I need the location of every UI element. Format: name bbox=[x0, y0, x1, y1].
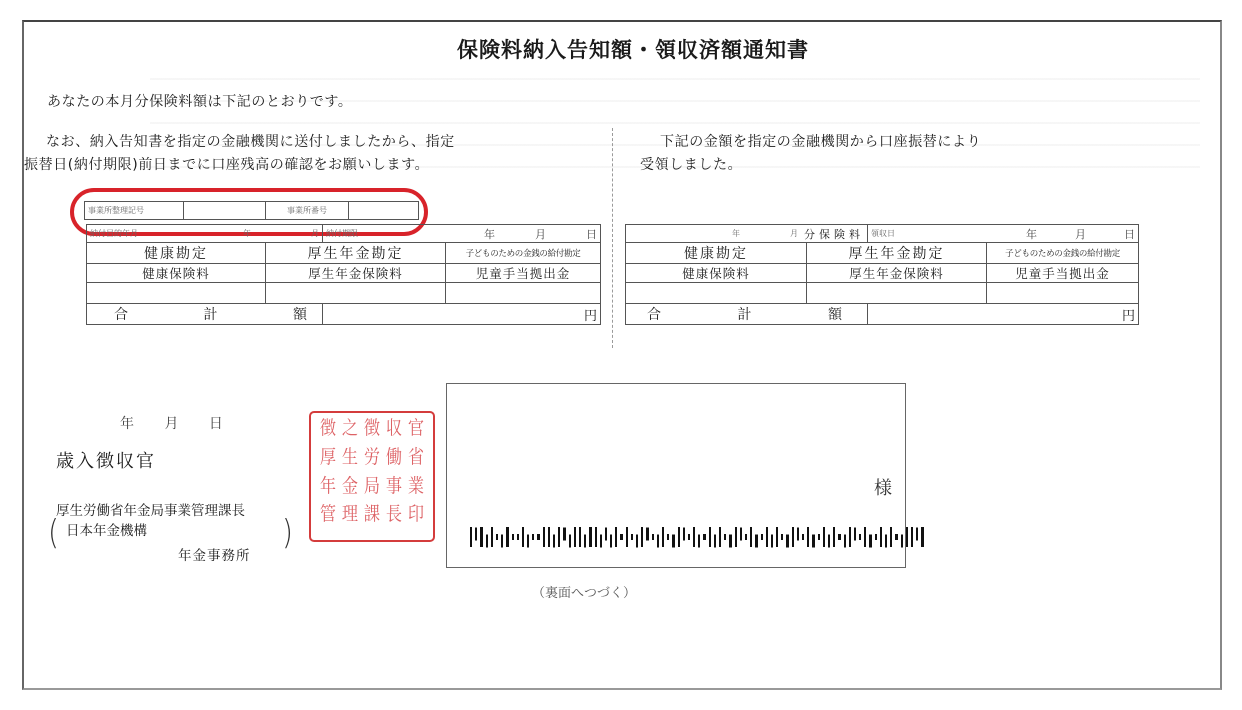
seal-glyph: 局 bbox=[363, 477, 382, 506]
barcode-bar bbox=[683, 527, 685, 540]
barcode-bar bbox=[719, 527, 721, 547]
intro-text: あなたの本月分保険料額は下記のとおりです。 bbox=[47, 91, 352, 111]
seal-glyph: 事 bbox=[385, 477, 404, 506]
deadline-day-label: 日 bbox=[586, 226, 597, 242]
barcode-bar bbox=[771, 534, 773, 547]
seal-glyph: 之 bbox=[341, 419, 360, 448]
seal-glyph: 管 bbox=[319, 505, 338, 534]
honorific-sama: 様 bbox=[874, 474, 892, 500]
barcode-bar bbox=[496, 534, 498, 540]
official-seal-stamp: 徴之徴収官厚生労働省年金局事業管理課長印 bbox=[309, 411, 435, 542]
barcode-bar bbox=[678, 527, 680, 547]
barcode-bar bbox=[766, 527, 768, 547]
barcode-bar bbox=[750, 527, 752, 547]
barcode-bar bbox=[584, 534, 586, 547]
barcode-bar bbox=[646, 527, 648, 540]
barcode-bar bbox=[828, 534, 830, 547]
account-health: 健康勘定 bbox=[87, 243, 266, 264]
barcode-bar bbox=[615, 527, 617, 547]
seal-glyph: 生 bbox=[341, 448, 360, 477]
account-child: 子どものための金銭の給付勘定 bbox=[987, 243, 1139, 264]
fee-pension: 厚生年金保険料 bbox=[266, 264, 446, 283]
barcode-bar bbox=[911, 527, 913, 547]
barcode-bar bbox=[724, 534, 726, 540]
barcode-bar bbox=[864, 527, 866, 547]
cut-line bbox=[612, 128, 613, 348]
barcode-bar bbox=[797, 527, 799, 540]
barcode-bar bbox=[558, 527, 560, 547]
fee-pension-value bbox=[807, 283, 987, 304]
barcode-bar bbox=[838, 534, 840, 540]
total-unit: 円 bbox=[1122, 309, 1135, 324]
barcode-bar bbox=[626, 527, 628, 547]
total-label-3: 額 bbox=[828, 304, 842, 324]
notice-amount-table: 納付目的年月 年 月 納付期限 年 月 日 健康勘定 厚生年金勘定 子どものため… bbox=[86, 224, 601, 325]
barcode-bar bbox=[652, 534, 654, 540]
account-header-row: 健康勘定 厚生年金勘定 子どものための金銭の給付勘定 bbox=[87, 243, 601, 264]
total-label-3: 額 bbox=[293, 304, 307, 324]
barcode-bar bbox=[543, 527, 545, 547]
barcode-bar bbox=[480, 527, 482, 547]
account-health: 健康勘定 bbox=[626, 243, 807, 264]
barcode-bar bbox=[522, 527, 524, 547]
seal-glyph: 長 bbox=[385, 505, 404, 534]
total-label-2: 計 bbox=[204, 304, 218, 324]
barcode-bar bbox=[802, 534, 804, 540]
account-pension: 厚生年金勘定 bbox=[807, 243, 987, 264]
seal-glyph: 働 bbox=[385, 448, 404, 477]
barcode-bar bbox=[755, 534, 757, 547]
total-label-1: 合 bbox=[114, 304, 128, 324]
barcode-bar bbox=[491, 527, 493, 547]
barcode-bar bbox=[859, 534, 861, 540]
seal-glyph: 金 bbox=[341, 477, 360, 506]
seal-glyph: 業 bbox=[407, 477, 426, 506]
barcode-bar bbox=[620, 534, 622, 540]
total-label-2: 計 bbox=[738, 304, 752, 324]
total-label-1: 合 bbox=[647, 304, 661, 324]
document-title: 保険料納入告知額・領収済額通知書 bbox=[0, 34, 1242, 64]
seal-glyph: 厚 bbox=[319, 448, 338, 477]
barcode-bar bbox=[512, 534, 514, 540]
receipt-day-label: 日 bbox=[1124, 226, 1135, 242]
premium-year-label: 年 bbox=[732, 228, 740, 239]
seal-glyph: 徴 bbox=[363, 419, 382, 448]
barcode-bar bbox=[844, 534, 846, 547]
barcode-bar bbox=[563, 527, 565, 540]
seal-glyph: 印 bbox=[407, 505, 426, 534]
fee-health: 健康保険料 bbox=[87, 264, 266, 283]
open-paren: ( bbox=[48, 513, 59, 553]
barcode-bar bbox=[548, 527, 550, 547]
barcode-bar bbox=[532, 534, 534, 540]
barcode-bar bbox=[688, 534, 690, 540]
postal-customer-barcode bbox=[470, 527, 924, 547]
barcode-bar bbox=[792, 527, 794, 547]
continue-on-back-note: （裏面へつづく） bbox=[532, 582, 636, 601]
fee-child-value bbox=[987, 283, 1139, 304]
target-year-label: 年 bbox=[243, 228, 251, 239]
barcode-bar bbox=[854, 527, 856, 540]
fee-health-value bbox=[626, 283, 807, 304]
deadline-month-label: 月 bbox=[535, 226, 546, 242]
fee-header-row: 健康保険料 厚生年金保険料 児童手当拠出金 bbox=[626, 264, 1139, 283]
seal-glyph: 課 bbox=[363, 505, 382, 534]
barcode-bar bbox=[890, 527, 892, 547]
barcode-bar bbox=[807, 527, 809, 547]
fee-pension: 厚生年金保険料 bbox=[807, 264, 987, 283]
account-pension: 厚生年金勘定 bbox=[266, 243, 446, 264]
barcode-bar bbox=[553, 534, 555, 547]
barcode-bar bbox=[735, 527, 737, 547]
barcode-bar bbox=[833, 527, 835, 547]
organization-name: 日本年金機構 bbox=[66, 519, 147, 539]
deadline-year-label: 年 bbox=[484, 226, 495, 242]
barcode-bar bbox=[631, 534, 633, 540]
notice-header-row: 納付目的年月 年 月 納付期限 年 月 日 bbox=[87, 225, 601, 243]
seal-glyph: 収 bbox=[385, 419, 404, 448]
barcode-bar bbox=[589, 527, 591, 547]
barcode-bar bbox=[579, 527, 581, 547]
barcode-bar bbox=[506, 527, 508, 547]
fee-child-value bbox=[446, 283, 601, 304]
barcode-bar bbox=[527, 534, 529, 547]
deadline-label: 納付期限 bbox=[326, 228, 358, 239]
pension-office-name: 年金事務所 bbox=[178, 544, 251, 564]
fee-value-row bbox=[626, 283, 1139, 304]
fee-value-row bbox=[87, 283, 601, 304]
barcode-bar bbox=[698, 534, 700, 547]
barcode-bar bbox=[600, 534, 602, 547]
barcode-bar bbox=[875, 534, 877, 540]
seal-glyph: 省 bbox=[407, 448, 426, 477]
receipt-header-row: 年 月 分保険料 領収日 年 月 日 bbox=[626, 225, 1139, 243]
barcode-bar bbox=[709, 527, 711, 547]
total-row: 合 計 額 円 bbox=[87, 304, 601, 325]
barcode-bar bbox=[869, 534, 871, 547]
barcode-bar bbox=[693, 527, 695, 547]
notice-text-line2: 振替日(納付期限)前日までに口座残高の確認をお願いします。 bbox=[24, 154, 429, 174]
barcode-bar bbox=[569, 534, 571, 547]
receipt-month-label: 月 bbox=[1075, 226, 1086, 242]
barcode-bar bbox=[605, 527, 607, 540]
account-child: 子どものための金銭の給付勘定 bbox=[446, 243, 601, 264]
total-row: 合 計 額 円 bbox=[626, 304, 1139, 325]
fee-pension-value bbox=[266, 283, 446, 304]
receipt-text-line1: 下記の金額を指定の金融機関から口座振替により bbox=[660, 131, 981, 151]
barcode-bar bbox=[895, 534, 897, 540]
barcode-bar bbox=[595, 527, 597, 547]
seal-glyph: 官 bbox=[407, 419, 426, 448]
target-month-label: 月 bbox=[311, 228, 319, 239]
barcode-bar bbox=[729, 534, 731, 547]
barcode-bar bbox=[610, 534, 612, 547]
seal-glyph: 年 bbox=[319, 477, 338, 506]
receipt-text-line2: 受領しました。 bbox=[640, 154, 742, 174]
barcode-bar bbox=[636, 534, 638, 547]
fee-health: 健康保険料 bbox=[626, 264, 807, 283]
receipt-date-label: 領収日 bbox=[871, 228, 895, 239]
barcode-bar bbox=[823, 527, 825, 547]
barcode-bar bbox=[501, 534, 503, 547]
barcode-bar bbox=[703, 534, 705, 540]
premium-month-label: 月 bbox=[790, 228, 798, 239]
fee-child: 児童手当拠出金 bbox=[987, 264, 1139, 283]
seal-glyph: 労 bbox=[363, 448, 382, 477]
barcode-bar bbox=[537, 534, 539, 540]
barcode-bar bbox=[781, 534, 783, 540]
receipt-amount-table: 年 月 分保険料 領収日 年 月 日 健康勘定 厚生年金勘定 子どものための金銭… bbox=[625, 224, 1139, 325]
seal-glyph: 理 bbox=[341, 505, 360, 534]
barcode-bar bbox=[475, 527, 477, 540]
barcode-bar bbox=[517, 534, 519, 540]
barcode-bar bbox=[786, 534, 788, 547]
fee-health-value bbox=[87, 283, 266, 304]
notice-text-line1: なお、納入告知書を指定の金融機関に送付しましたから、指定 bbox=[46, 131, 455, 151]
total-unit: 円 bbox=[584, 309, 597, 324]
barcode-bar bbox=[818, 534, 820, 540]
department-name: 厚生労働省年金局事業管理課長 bbox=[56, 499, 245, 519]
barcode-bar bbox=[470, 527, 472, 547]
barcode-bar bbox=[740, 527, 742, 540]
receipt-year-label: 年 bbox=[1026, 226, 1037, 242]
barcode-bar bbox=[667, 534, 669, 540]
barcode-bar bbox=[657, 534, 659, 547]
close-paren: ) bbox=[282, 513, 293, 553]
barcode-bar bbox=[880, 527, 882, 547]
barcode-bar bbox=[486, 534, 488, 547]
barcode-bar bbox=[714, 534, 716, 547]
barcode-bar bbox=[662, 527, 664, 547]
fee-header-row: 健康保険料 厚生年金保険料 児童手当拠出金 bbox=[87, 264, 601, 283]
official-title: 歳入徴収官 bbox=[56, 447, 156, 473]
barcode-bar bbox=[901, 534, 903, 547]
barcode-bar bbox=[812, 534, 814, 547]
barcode-bar bbox=[574, 527, 576, 547]
account-header-row: 健康勘定 厚生年金勘定 子どものための金銭の給付勘定 bbox=[626, 243, 1139, 264]
barcode-bar bbox=[906, 527, 908, 547]
seal-glyph: 徴 bbox=[319, 419, 338, 448]
issue-date: 年 月 日 bbox=[120, 413, 225, 433]
barcode-bar bbox=[672, 534, 674, 547]
fee-child: 児童手当拠出金 bbox=[446, 264, 601, 283]
barcode-bar bbox=[745, 534, 747, 540]
barcode-bar bbox=[916, 527, 918, 540]
barcode-bar bbox=[776, 527, 778, 547]
premium-label: 分保険料 bbox=[804, 226, 864, 242]
barcode-bar bbox=[885, 534, 887, 547]
barcode-bar bbox=[641, 527, 643, 547]
barcode-bar bbox=[761, 534, 763, 540]
barcode-bar bbox=[849, 527, 851, 547]
target-period-label: 納付目的年月 bbox=[90, 228, 138, 239]
barcode-bar bbox=[921, 527, 923, 547]
